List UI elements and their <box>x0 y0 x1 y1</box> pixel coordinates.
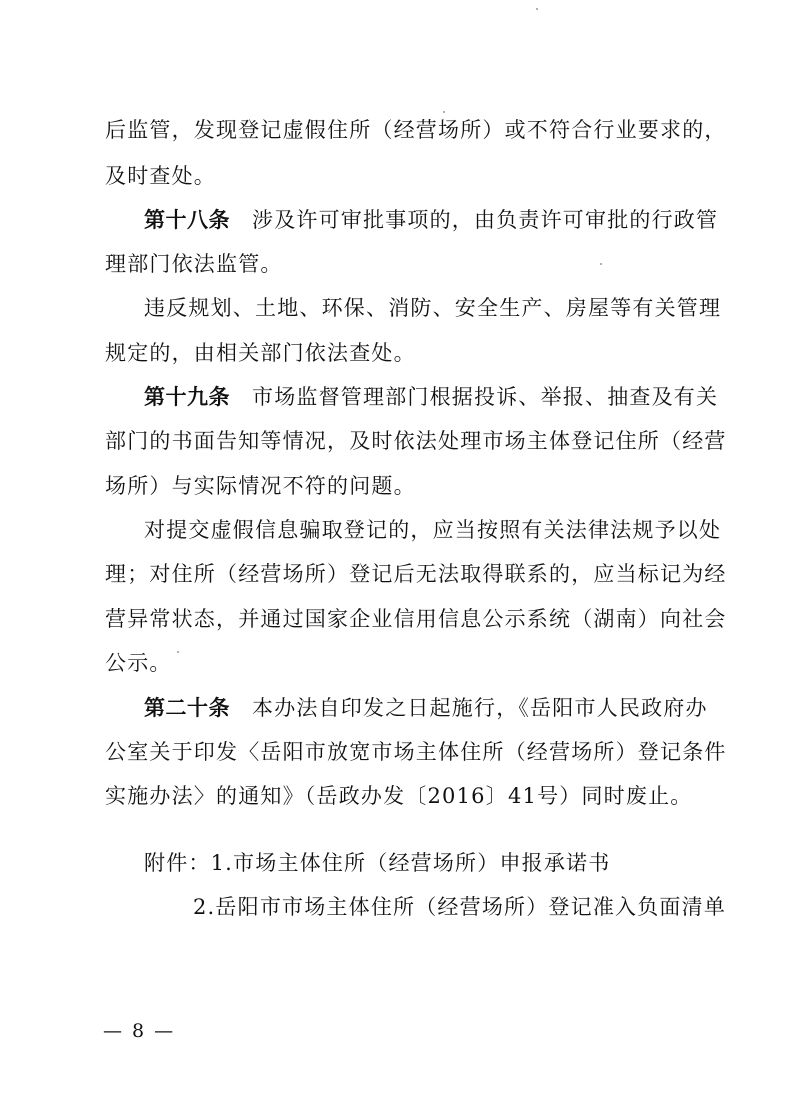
line-text: 公示。 <box>105 651 172 675</box>
paragraph-line: 理；对住所（经营场所）登记后无法取得联系的，应当标记为经 <box>105 560 727 588</box>
paragraph-line: 及时查处。 <box>105 162 216 190</box>
line-text: 部门的书面告知等情况，及时依法处理市场主体登记住所（经营 <box>105 429 727 453</box>
line-text: 公室关于印发〈岳阳市放宽市场主体住所（经营场所）登记条件 <box>105 740 727 764</box>
article-heading: 第十八条 <box>144 208 230 232</box>
line-text: 实施办法〉的通知》（岳政办发〔2016〕41号）同时废止。 <box>105 784 692 808</box>
article-heading: 第二十条 <box>144 696 230 720</box>
article-heading: 第十九条 <box>144 385 230 409</box>
scan-speck <box>443 111 445 113</box>
scan-speck <box>177 651 179 653</box>
paragraph-line: 部门的书面告知等情况，及时依法处理市场主体登记住所（经营 <box>105 427 727 455</box>
paragraph-line: 对提交虚假信息骗取登记的，应当按照有关法律法规予以处 <box>144 516 721 544</box>
paragraph-line: 理部门依法监管。 <box>105 250 283 278</box>
paragraph-line: 场所）与实际情况不符的问题。 <box>105 472 416 500</box>
page-number: — 8 — <box>103 1020 175 1042</box>
line-text: 及时查处。 <box>105 164 216 188</box>
line-text: 规定的，由相关部门依法查处。 <box>105 341 416 365</box>
scan-speck <box>600 263 602 265</box>
paragraph-line: 实施办法〉的通知》（岳政办发〔2016〕41号）同时废止。 <box>105 782 692 810</box>
line-text: 对提交虚假信息骗取登记的，应当按照有关法律法规予以处 <box>144 518 721 542</box>
paragraph-line: 违反规划、土地、环保、消防、安全生产、房屋等有关管理 <box>144 294 721 322</box>
attachments-line-2: 2.岳阳市市场主体住所（经营场所）登记准入负面清单 <box>193 893 726 921</box>
article-18-line: 第十八条涉及许可审批事项的，由负责许可审批的行政管 <box>144 206 718 234</box>
paragraph-line: 公室关于印发〈岳阳市放宽市场主体住所（经营场所）登记条件 <box>105 738 727 766</box>
attachments-line-1: 附件：1.市场主体住所（经营场所）申报承诺书 <box>144 849 610 877</box>
paragraph-line: 后监管，发现登记虚假住所（经营场所）或不符合行业要求的， <box>105 116 727 144</box>
paragraph-line: 规定的，由相关部门依法查处。 <box>105 339 416 367</box>
line-text: 本办法自印发之日起施行，《岳阳市人民政府办 <box>252 696 708 720</box>
line-text: 后监管，发现登记虚假住所（经营场所）或不符合行业要求的， <box>105 118 727 142</box>
attachments-label: 附件： <box>144 851 211 875</box>
article-20-line: 第二十条本办法自印发之日起施行，《岳阳市人民政府办 <box>144 694 708 722</box>
document-page: 后监管，发现登记虚假住所（经营场所）或不符合行业要求的， 及时查处。 第十八条涉… <box>0 0 789 1120</box>
line-text: 涉及许可审批事项的，由负责许可审批的行政管 <box>252 208 718 232</box>
article-19-line: 第十九条市场监督管理部门根据投诉、举报、抽查及有关 <box>144 383 718 411</box>
line-text: 违反规划、土地、环保、消防、安全生产、房屋等有关管理 <box>144 296 721 320</box>
scan-speck <box>536 8 538 10</box>
line-text: 市场监督管理部门根据投诉、举报、抽查及有关 <box>252 385 718 409</box>
line-text: 理部门依法监管。 <box>105 252 283 276</box>
line-text: 营异常状态，并通过国家企业信用信息公示系统（湖南）向社会 <box>105 607 727 631</box>
attachment-item: 1.市场主体住所（经营场所）申报承诺书 <box>211 851 611 875</box>
line-text: 场所）与实际情况不符的问题。 <box>105 474 416 498</box>
line-text: 理；对住所（经营场所）登记后无法取得联系的，应当标记为经 <box>105 562 727 586</box>
paragraph-line: 营异常状态，并通过国家企业信用信息公示系统（湖南）向社会 <box>105 605 727 633</box>
attachment-item: 2.岳阳市市场主体住所（经营场所）登记准入负面清单 <box>193 895 726 919</box>
paragraph-line: 公示。 <box>105 649 172 677</box>
